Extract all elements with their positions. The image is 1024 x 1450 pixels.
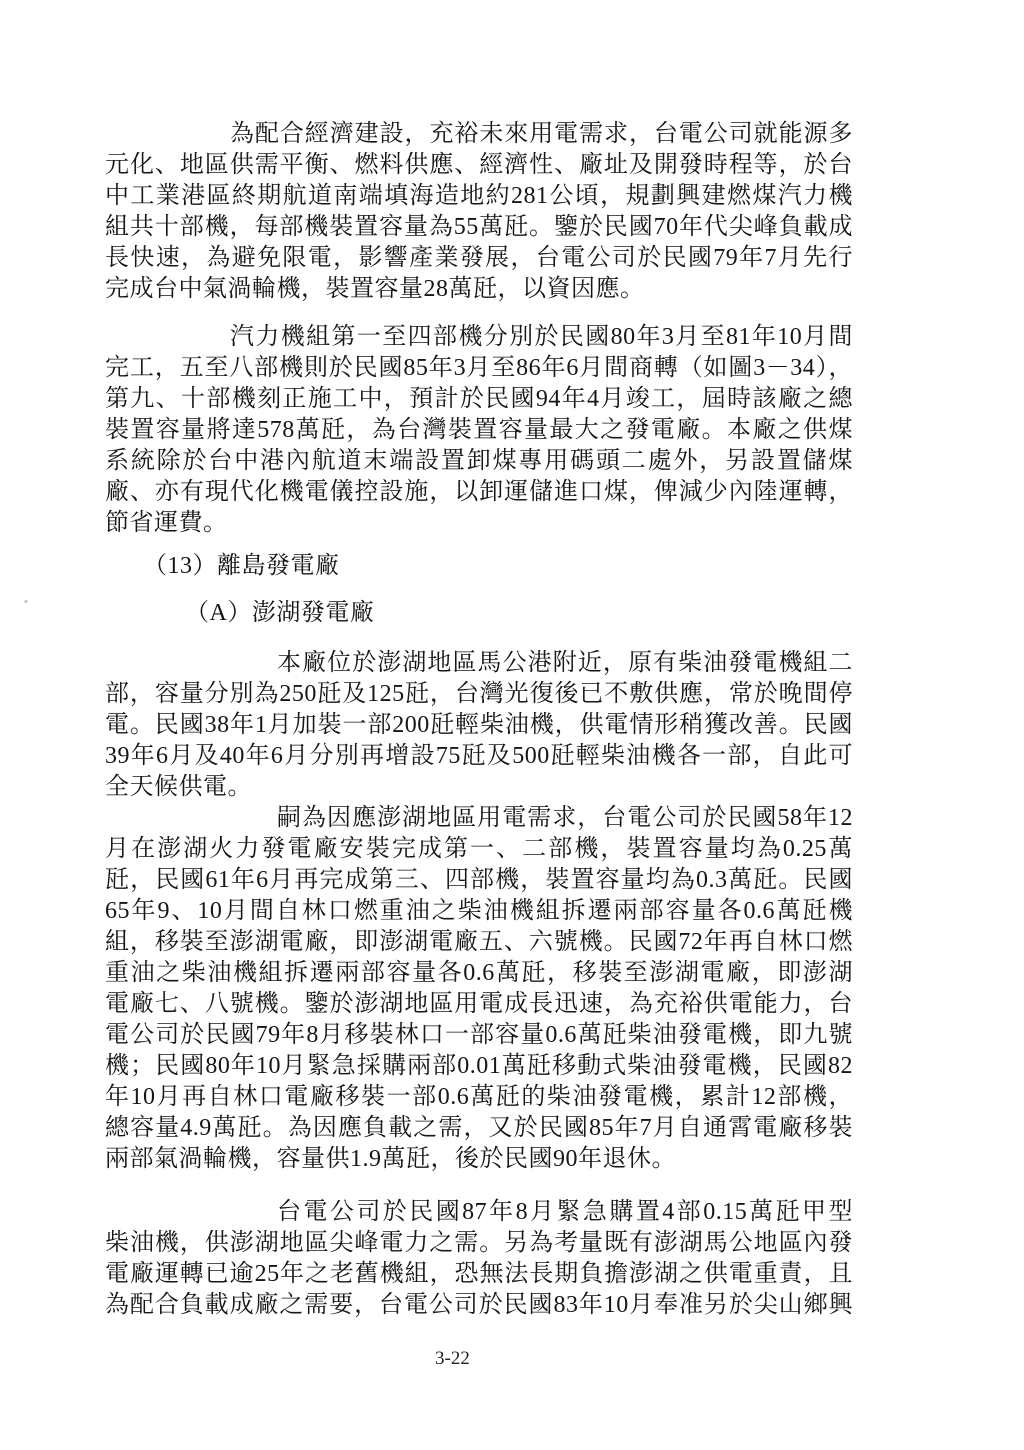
text-line: 汽力機組第一至四部機分別於民國80年3月至81年10月間 — [105, 322, 853, 353]
text-line: 廠、亦有現代化機電儀控設施，以卸運儲進口煤，俾減少內陸運轉， — [105, 477, 853, 508]
text-line: 重油之柴油機組拆遷兩部容量各0.6萬瓩，移裝至澎湖電廠，即澎湖 — [105, 958, 853, 989]
section-heading: （A）澎湖發電廠 — [105, 598, 853, 629]
text-line: 組共十部機，每部機裝置容量為55萬瓩。鑒於民國70年代尖峰負載成 — [105, 212, 853, 243]
text-line: 柴油機，供澎湖地區尖峰電力之需。另為考量既有澎湖馬公地區內發 — [105, 1228, 853, 1259]
text-line: 系統除於台中港內航道末端設置卸煤專用碼頭二處外，另設置儲煤 — [105, 446, 853, 477]
text-line: 為配合負載成廠之需要，台電公司於民國83年10月奉准另於尖山鄉興 — [105, 1290, 853, 1321]
text-line: 總容量4.9萬瓩。為因應負載之需，又於民國85年7月自通霄電廠移裝 — [105, 1113, 853, 1144]
text-line: 本廠位於澎湖地區馬公港附近，原有柴油發電機組二 — [105, 648, 853, 679]
text-line: 電廠運轉已逾25年之老舊機組，恐無法長期負擔澎湖之供電重責，且 — [105, 1259, 853, 1290]
text-line: 完成台中氣渦輪機，裝置容量28萬瓩，以資因應。 — [105, 274, 853, 305]
scanned-document-page: 為配合經濟建設，充裕未來用電需求，台電公司就能源多元化、地區供需平衡、燃料供應、… — [0, 0, 1024, 1450]
text-line: 電公司於民國79年8月移裝林口一部容量0.6萬瓩柴油發電機，即九號 — [105, 1020, 853, 1051]
paragraph: 嗣為因應澎湖地區用電需求，台電公司於民國58年12月在澎湖火力發電廠安裝完成第一… — [105, 803, 853, 1175]
paragraph: 為配合經濟建設，充裕未來用電需求，台電公司就能源多元化、地區供需平衡、燃料供應、… — [105, 119, 853, 305]
text-line: 年10月再自林口電廠移裝一部0.6萬瓩的柴油發電機，累計12部機， — [105, 1082, 853, 1113]
text-line: 中工業港區終期航道南端填海造地約281公頃，規劃興建燃煤汽力機 — [105, 181, 853, 212]
heading-text: （A）澎湖發電廠 — [105, 598, 853, 629]
text-line: 月在澎湖火力發電廠安裝完成第一、二部機，裝置容量均為0.25萬 — [105, 834, 853, 865]
document-body: 為配合經濟建設，充裕未來用電需求，台電公司就能源多元化、地區供需平衡、燃料供應、… — [105, 119, 853, 1321]
text-line: 為配合經濟建設，充裕未來用電需求，台電公司就能源多 — [105, 119, 853, 150]
text-line: 瓩，民國61年6月再完成第三、四部機，裝置容量均為0.3萬瓩。民國 — [105, 865, 853, 896]
text-line: 65年9、10月間自林口燃重油之柴油機組拆遷兩部容量各0.6萬瓩機 — [105, 896, 853, 927]
text-line: 第九、十部機刻正施工中，預計於民國94年4月竣工，屆時該廠之總 — [105, 384, 853, 415]
text-line: 完工，五至八部機則於民國85年3月至86年6月間商轉（如圖3－34）， — [105, 353, 853, 384]
text-line: 電廠七、八號機。鑒於澎湖地區用電成長迅速，為充裕供電能力，台 — [105, 989, 853, 1020]
text-line: 組，移裝至澎湖電廠，即澎湖電廠五、六號機。民國72年再自林口燃 — [105, 927, 853, 958]
text-line: 元化、地區供需平衡、燃料供應、經濟性、廠址及開發時程等，於台 — [105, 150, 853, 181]
text-line: 全天候供電。 — [105, 772, 853, 803]
paragraph: 汽力機組第一至四部機分別於民國80年3月至81年10月間完工，五至八部機則於民國… — [105, 322, 853, 539]
paragraph: 本廠位於澎湖地區馬公港附近，原有柴油發電機組二部，容量分別為250瓩及125瓩，… — [105, 648, 853, 803]
text-line: 台電公司於民國87年8月緊急購置4部0.15萬瓩甲型 — [105, 1197, 853, 1228]
text-line: 節省運費。 — [105, 508, 853, 539]
text-line: 機；民國80年10月緊急採購兩部0.01萬瓩移動式柴油發電機，民國82 — [105, 1051, 853, 1082]
paragraph: 台電公司於民國87年8月緊急購置4部0.15萬瓩甲型柴油機，供澎湖地區尖峰電力之… — [105, 1197, 853, 1321]
text-line: 電。民國38年1月加裝一部200瓩輕柴油機，供電情形稍獲改善。民國 — [105, 710, 853, 741]
text-line: 兩部氣渦輪機，容量供1.9萬瓩，後於民國90年退休。 — [105, 1144, 853, 1175]
text-line: 39年6月及40年6月分別再增設75瓩及500瓩輕柴油機各一部，自此可 — [105, 741, 853, 772]
text-line: 裝置容量將達578萬瓩，為台灣裝置容量最大之發電廠。本廠之供煤 — [105, 415, 853, 446]
scan-artifact-speck — [24, 600, 28, 603]
text-line: 長快速，為避免限電，影響產業發展，台電公司於民國79年7月先行 — [105, 243, 853, 274]
text-line: 部，容量分別為250瓩及125瓩，台灣光復後已不敷供應，常於晚間停 — [105, 679, 853, 710]
heading-text: （13）離島發電廠 — [105, 551, 853, 582]
text-line: 嗣為因應澎湖地區用電需求，台電公司於民國58年12 — [105, 803, 853, 834]
page-footer: 3-22 — [105, 1346, 853, 1372]
section-heading: （13）離島發電廠 — [105, 551, 853, 582]
page-number: 3-22 — [105, 1348, 470, 1369]
